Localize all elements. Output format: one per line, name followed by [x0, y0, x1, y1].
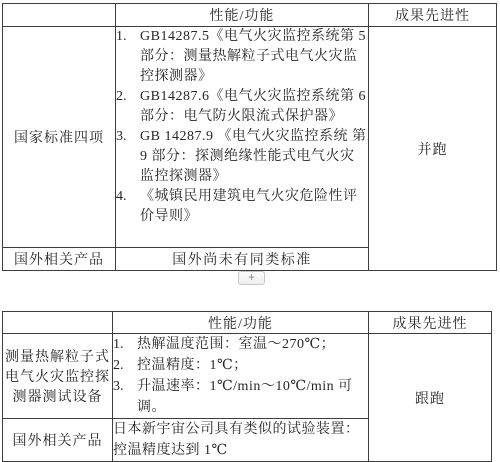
table1-foreign-status: 国外尚未有同类标准	[116, 248, 369, 271]
table1-header-row: 性能/功能 成果先进性	[3, 4, 497, 27]
table2-specs-list-cell: 1. 热解温度范围：室温～270℃； 2. 控温精度：1℃； 3. 升温速率：1…	[113, 334, 369, 419]
item-number: 1.	[113, 334, 137, 355]
table2-advancement-value: 跟跑	[369, 334, 492, 462]
table1-advancement-header: 成果先进性	[369, 4, 497, 27]
item-text: GB 14287.9 《电气火灾监控系统 第 9 部分：探测绝缘性能式电气火灾监…	[140, 127, 368, 187]
table1-row-label-national-standards: 国家标准四项	[3, 27, 116, 248]
table2-row-label-equipment: 测量热解粒子式电气火灾监控探测器测试设备	[3, 334, 113, 419]
standard-item: 3. GB 14287.9 《电气火灾监控系统 第 9 部分：探测绝缘性能式电气…	[116, 127, 368, 187]
spec-item: 2. 控温精度：1℃；	[113, 355, 368, 376]
item-text: 升温速率：1℃/min～10℃/min 可调。	[137, 376, 368, 418]
standard-item: 2. GB14287.6《电气火灾监控系统第 6 部分：电气防火限流式保护器》	[116, 87, 368, 127]
standard-item: 4. 《城镇民用建筑电气火灾危险性评价导则》	[116, 187, 368, 227]
table2-body-row: 测量热解粒子式电气火灾监控探测器测试设备 1. 热解温度范围：室温～270℃； …	[3, 334, 492, 419]
item-number: 2.	[113, 355, 137, 376]
item-number: 1.	[116, 27, 140, 47]
item-number: 3.	[116, 127, 140, 147]
item-text: 《城镇民用建筑电气火灾危险性评价导则》	[140, 187, 368, 227]
item-text: 热解温度范围：室温～270℃；	[137, 334, 368, 355]
table2-empty-header-cell	[3, 312, 113, 334]
table2-row-label-foreign-products: 国外相关产品	[3, 419, 113, 462]
item-number: 4.	[116, 187, 140, 207]
item-number: 3.	[113, 376, 137, 397]
table2-advancement-header: 成果先进性	[369, 312, 492, 334]
item-text: 控温精度：1℃；	[137, 355, 368, 376]
standards-list: 1. GB14287.5《电气火灾监控系统第 5 部分：测量热解粒子式电气火灾监…	[116, 27, 368, 227]
national-standards-table: 性能/功能 成果先进性 国家标准四项 1. GB14287.5《电气火灾监控系统…	[2, 3, 497, 271]
table1-body-row: 国家标准四项 1. GB14287.5《电气火灾监控系统第 5 部分：测量热解粒…	[3, 27, 497, 248]
test-equipment-table: 性能/功能 成果先进性 测量热解粒子式电气火灾监控探测器测试设备 1. 热解温度…	[2, 311, 492, 462]
spec-item: 1. 热解温度范围：室温～270℃；	[113, 334, 368, 355]
item-text: GB14287.6《电气火灾监控系统第 6 部分：电气防火限流式保护器》	[140, 87, 368, 127]
table1-standards-list-cell: 1. GB14287.5《电气火灾监控系统第 5 部分：测量热解粒子式电气火灾监…	[116, 27, 369, 248]
table2-header-row: 性能/功能 成果先进性	[3, 312, 492, 334]
item-number: 2.	[116, 87, 140, 107]
table1-advancement-value: 并跑	[369, 27, 497, 271]
spec-item: 3. 升温速率：1℃/min～10℃/min 可调。	[113, 376, 368, 418]
item-text: GB14287.5《电气火灾监控系统第 5 部分：测量热解粒子式电气火灾监控探测…	[140, 27, 368, 87]
table2-foreign-status: 日本新宇宙公司具有类似的试验装置：控温精度达到 1℃	[113, 419, 369, 462]
document-page: { "colors": { "table_border": "#3d3d3d",…	[0, 0, 500, 461]
table2-performance-header: 性能/功能	[113, 312, 369, 334]
specs-list: 1. 热解温度范围：室温～270℃； 2. 控温精度：1℃； 3. 升温速率：1…	[113, 334, 368, 418]
table1-performance-header: 性能/功能	[116, 4, 369, 27]
table1-empty-header-cell	[3, 4, 116, 27]
insert-table-button[interactable]: +	[238, 271, 265, 285]
table1-row-label-foreign-products: 国外相关产品	[3, 248, 116, 271]
standard-item: 1. GB14287.5《电气火灾监控系统第 5 部分：测量热解粒子式电气火灾监…	[116, 27, 368, 87]
